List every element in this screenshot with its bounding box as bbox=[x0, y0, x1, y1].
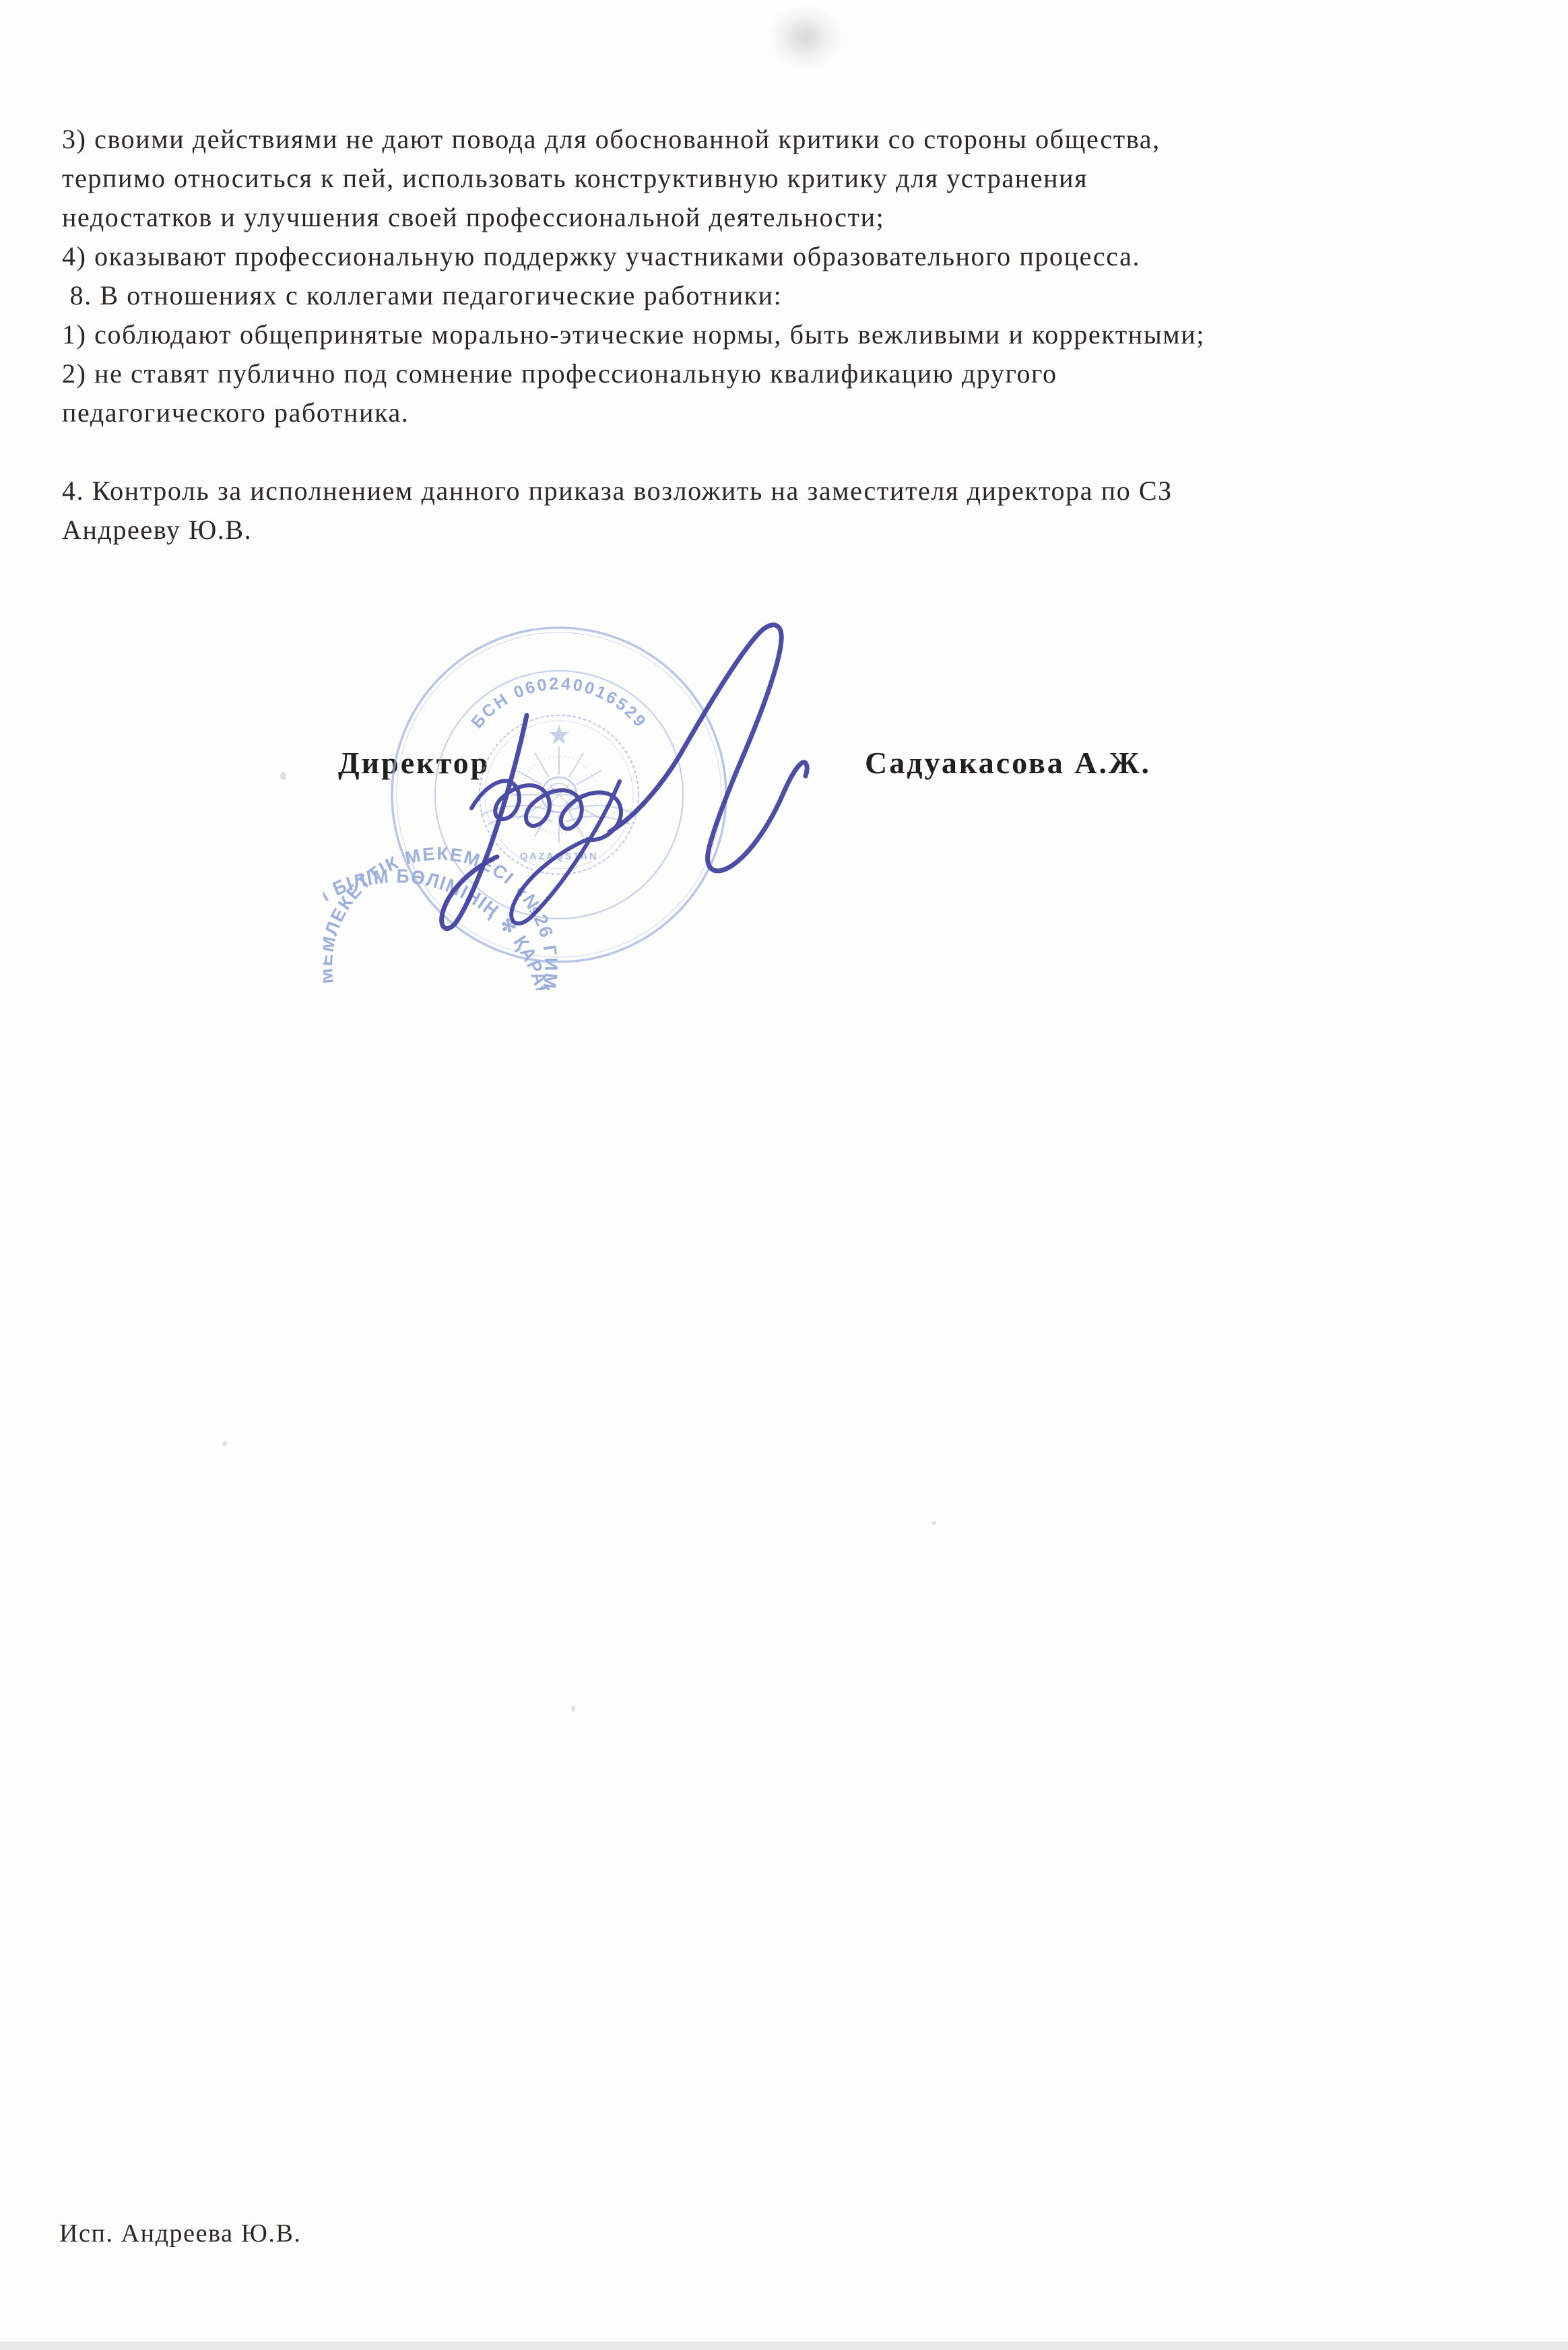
signature-stroke-loop-tail bbox=[610, 625, 807, 871]
document-body: 3) своими действиями не дают повода для … bbox=[62, 120, 1524, 550]
text-line: 8. В отношениях с коллегами педагогическ… bbox=[62, 276, 1524, 315]
document-page: 3) своими действиями не дают повода для … bbox=[0, 0, 1568, 2350]
signatory-name: Садуакасова А.Ж. bbox=[865, 744, 1151, 783]
text-line: недостатков и улучшения своей профессион… bbox=[62, 198, 1524, 237]
text-line: 4) оказывают профессиональную поддержку … bbox=[62, 237, 1524, 276]
text-line: 1) соблюдают общепринятые морально-этиче… bbox=[62, 315, 1524, 354]
text-line: 2) не ставят публично под сомнение профе… bbox=[62, 354, 1524, 393]
emblem-star bbox=[549, 725, 569, 744]
scan-smudge bbox=[768, 5, 843, 69]
executor-line: Исп. Андреева Ю.В. bbox=[59, 2219, 302, 2248]
scan-speck bbox=[571, 1705, 575, 1711]
scan-speck bbox=[280, 772, 286, 780]
text-line bbox=[62, 432, 1524, 471]
text-line: терпимо относиться к пей, использовать к… bbox=[62, 159, 1524, 198]
text-line: педагогического работника. bbox=[62, 393, 1524, 432]
scan-speck bbox=[932, 1521, 936, 1525]
scan-speck bbox=[222, 1441, 227, 1446]
stamp-bin-text: БСН 060240016529 bbox=[467, 674, 651, 732]
handwritten-signature bbox=[442, 625, 807, 929]
official-stamp: ✻ ҚАРАҒАНДЫ ОБЛЫСЫ БІЛІМ БАСҚАРМАСЫНЫҢ Ж… bbox=[323, 628, 726, 990]
stamp-and-signature: ✻ ҚАРАҒАНДЫ ОБЛЫСЫ БІЛІМ БАСҚАРМАСЫНЫҢ Ж… bbox=[323, 586, 862, 990]
text-line: Андрееву Ю.В. bbox=[62, 511, 1524, 550]
scan-bottom-edge bbox=[0, 2342, 1568, 2350]
text-line: 3) своими действиями не дают повода для … bbox=[62, 120, 1524, 159]
text-line: 4. Контроль за исполнением данного прика… bbox=[62, 471, 1524, 511]
